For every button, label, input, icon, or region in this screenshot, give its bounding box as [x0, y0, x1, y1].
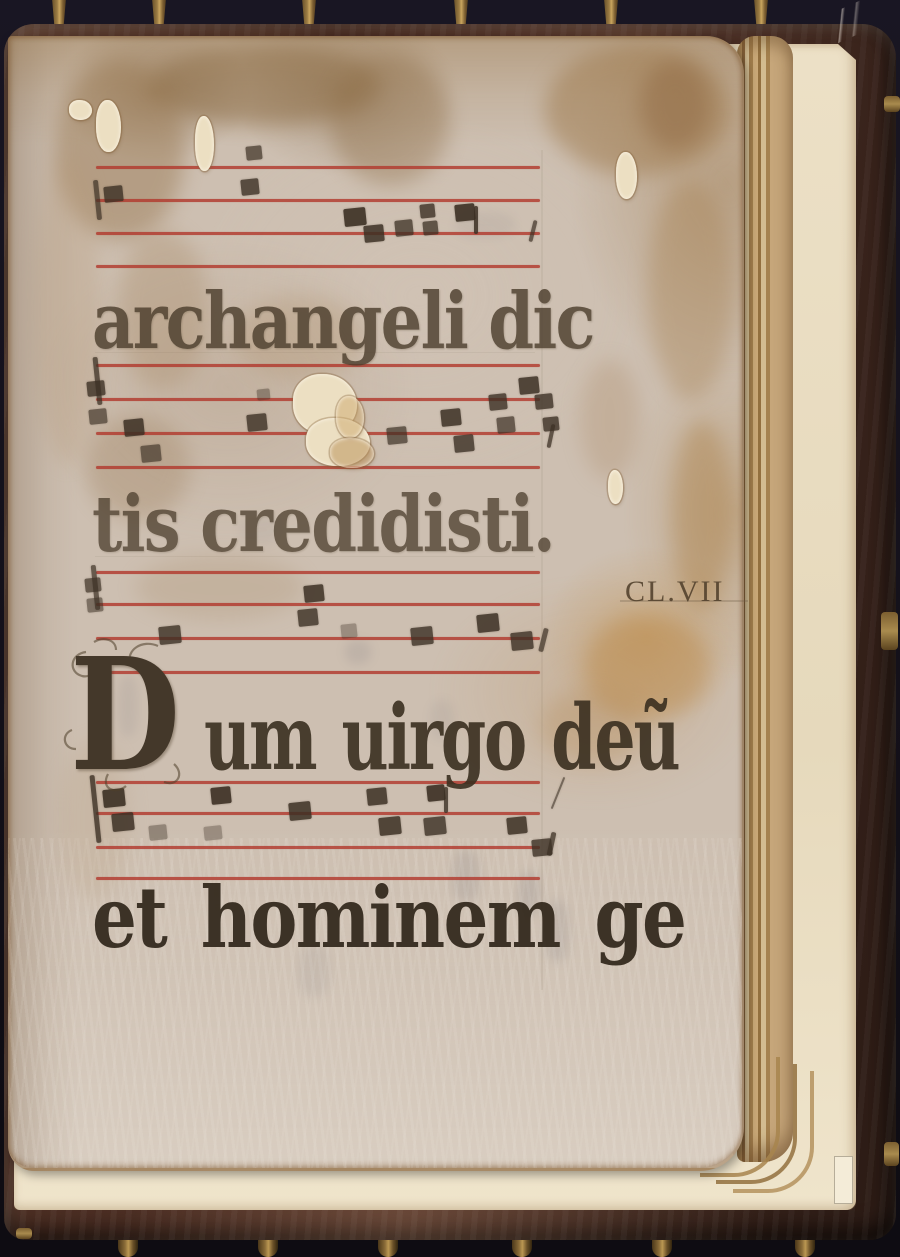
chant-text-line-2: tis credidisti. [92, 486, 554, 564]
neume-note [245, 145, 262, 161]
staff-line [96, 603, 540, 606]
neume-note [506, 816, 528, 835]
parchment-stain [640, 60, 710, 150]
parchment-hole [96, 100, 121, 152]
neume-note [103, 185, 124, 203]
neume-note [474, 206, 478, 234]
parchment-stain [580, 360, 640, 480]
parchment-hole [330, 438, 374, 468]
staff-line [96, 812, 540, 815]
staff-line [96, 166, 540, 169]
chant-text-line-4: et hominem ge [92, 876, 685, 960]
brass-fitting [881, 612, 898, 650]
neume-note [440, 408, 462, 427]
neume-note [394, 219, 414, 237]
parchment-hole [69, 100, 92, 120]
neume-note [88, 408, 107, 425]
neume-note [240, 178, 260, 196]
parchment-hole [336, 396, 364, 438]
brass-fitting [16, 1228, 32, 1239]
neume-note [246, 413, 268, 432]
chant-text-line-1: archangeli dic [92, 283, 594, 361]
page-curl-edge [733, 1071, 814, 1193]
brass-fitting [884, 1142, 899, 1166]
staff-line [96, 265, 540, 268]
neume-note [476, 613, 500, 633]
page-edge-stack [737, 36, 793, 1162]
neume-note [256, 388, 270, 400]
neume-note [84, 577, 101, 593]
neume-note [454, 203, 476, 222]
neume-note [343, 207, 367, 227]
neume-note [123, 418, 145, 437]
folio-number: CL.VII [625, 575, 724, 609]
neume-note [363, 224, 385, 243]
staff-line [96, 199, 540, 202]
neume-note [488, 393, 508, 411]
paper-label-tab [834, 1156, 853, 1204]
brass-fitting [884, 96, 900, 112]
staff-line [96, 846, 540, 849]
neume-note [148, 824, 167, 841]
neume-note [423, 816, 447, 836]
parchment-hole [608, 470, 623, 504]
chant-text-line-3-rest: um uirgo deũ [204, 693, 678, 783]
neume-note [453, 434, 475, 453]
neume-note [518, 376, 540, 395]
staff-line [96, 466, 540, 469]
neume-note [422, 220, 438, 235]
parchment-hole [616, 152, 637, 199]
illuminated-initial: D [70, 637, 180, 792]
neume-note [496, 416, 516, 434]
parchment-stain [648, 180, 733, 400]
neume-note [111, 812, 135, 832]
chant-text-line-3: D um uirgo deũ [70, 637, 863, 792]
neume-note [419, 203, 435, 218]
neume-note [86, 597, 103, 613]
neume-note [378, 816, 402, 836]
photo-scene: archangeli dic tis credidisti. CL.VII D … [0, 0, 900, 1257]
neume-note [303, 584, 325, 603]
neume-note [297, 608, 319, 627]
neume-note [386, 426, 408, 445]
parchment-hole [195, 116, 214, 171]
neume-note [140, 444, 162, 463]
neume-note [203, 825, 222, 841]
neume-note [534, 393, 553, 410]
staff-line [96, 571, 540, 574]
neume-note [288, 801, 312, 821]
neume-note [86, 380, 105, 397]
